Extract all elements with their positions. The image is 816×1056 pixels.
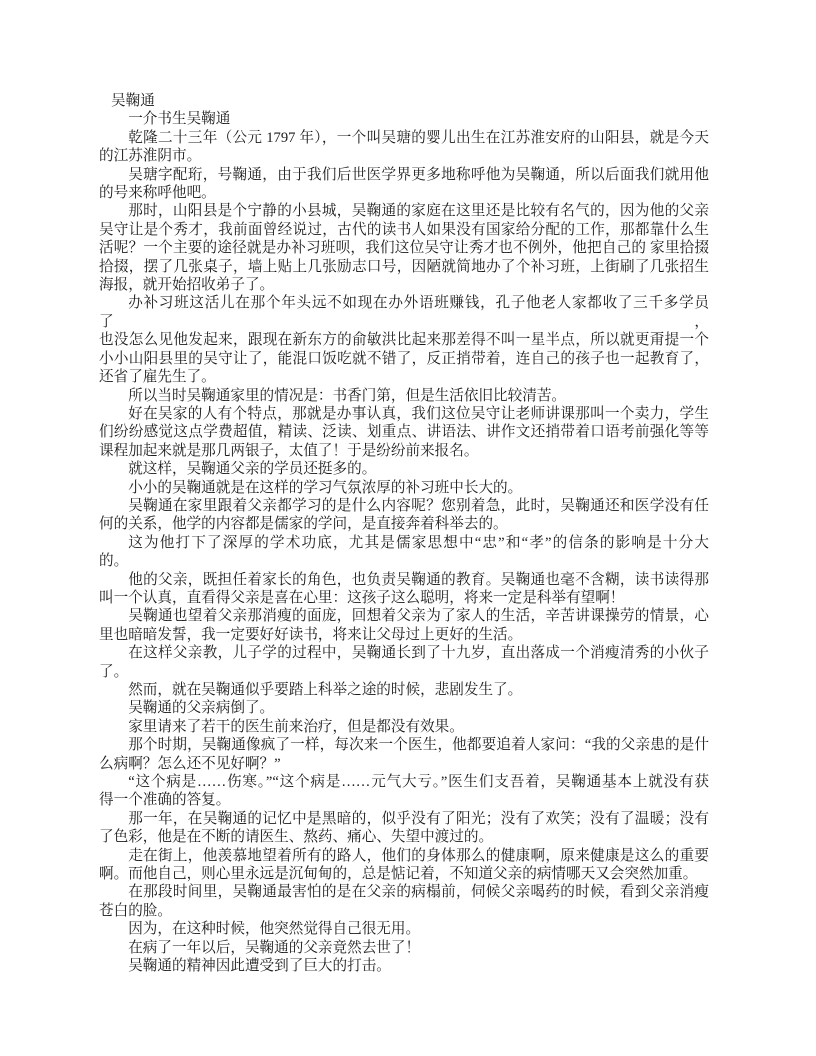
text-line: 吴守让是个秀才，我前面曾经说过，古代的读书人如果没有国家给分配的工作，那都靠什么…	[99, 221, 709, 239]
text-line: 里也暗暗发誓，我一定要好好读书，将来让父母过上更好的生活。	[99, 626, 709, 644]
text-line: 了色彩，他是在不断的请医生、熬药、痛心、失望中渡过的。	[99, 828, 709, 846]
text-line: 在这样父亲教，儿子学的过程中，吴鞠通长到了十九岁，直出落成一个消瘦清秀的小伙子	[99, 644, 709, 662]
text-line: 小小山阳县里的吴守让了，能混口饭吃就不错了，反正捎带着，连自己的孩子也一起教育了…	[99, 350, 709, 368]
paragraph: 吴鞠通在家里跟着父亲都学习的是什么内容呢？您别着急，此时，吴鞠通还和医学没有任何…	[99, 497, 709, 534]
paragraph: 小小的吴鞠通就是在这样的学习气氛浓厚的补习班中长大的。	[99, 479, 709, 497]
text-line: 这为他打下了深厚的学术功底，尤其是儒家思想中“忠”和“孝”的信条的影响是十分大	[99, 534, 709, 552]
paragraph: 吴鞠通的父亲病倒了。	[99, 699, 709, 717]
text-line: 家里请来了若干的医生前来治疗，但是都没有效果。	[99, 718, 709, 736]
paragraph: 那一年，在吴鞠通的记忆中是黑暗的，似乎没有了阳光；没有了欢笑；没有了温暖；没有了…	[99, 810, 709, 847]
text-line: 啊。而他自己，则心里永远是沉甸甸的，总是惦记着，不知道父亲的病情哪天又会突然加重…	[99, 865, 709, 883]
text-line: 海报，就开始招收弟子了。	[99, 276, 709, 294]
paragraph: 然而，就在吴鞠通似乎要踏上科举之途的时候，悲剧发生了。	[99, 681, 709, 699]
text-line: 的。	[99, 552, 709, 570]
paragraph: 这为他打下了深厚的学术功底，尤其是儒家思想中“忠”和“孝”的信条的影响是十分大的…	[99, 534, 709, 571]
text-line: 苍白的脸。	[99, 902, 709, 920]
text-line: “这个病是……伤寒。”“这个病是……元气大亏。”医生们支吾着，吴鞠通基本上就没有…	[99, 773, 709, 791]
text-line: 在病了一年以后，吴鞠通的父亲竟然去世了！	[99, 939, 709, 957]
text-line: 那时，山阳县是个宁静的小县城，吴鞠通的家庭在这里还是比较有名气的，因为他的父亲	[99, 202, 709, 220]
paragraph: 因为，在这种时候，他突然觉得自己很无用。	[99, 920, 709, 938]
text-line: 就这样，吴鞠通父亲的学员还挺多的。	[99, 460, 709, 478]
paragraph: 吴鞠通也望着父亲那消瘦的面庞，回想着父亲为了家人的生活，辛苦讲课操劳的情景，心里…	[99, 607, 709, 644]
text-line: 小小的吴鞠通就是在这样的学习气氛浓厚的补习班中长大的。	[99, 479, 709, 497]
text-line: 乾隆二十三年（公元 1797 年），一个叫吴瑭的婴儿出生在江苏淮安府的山阳县，就…	[99, 129, 709, 147]
paragraph: 那时，山阳县是个宁静的小县城，吴鞠通的家庭在这里还是比较有名气的，因为他的父亲吴…	[99, 202, 709, 294]
text-line: 们纷纷感觉这点学费超值，精读、泛读、划重点、讲语法、讲作文还捎带着口语考前强化等…	[99, 423, 709, 441]
text-line: 因为，在这种时候，他突然觉得自己很无用。	[99, 920, 709, 938]
paragraph: 吴鞠通的精神因此遭受到了巨大的打击。	[99, 957, 709, 975]
text-line: 了。	[99, 663, 709, 681]
paragraph: 在那段时间里，吴鞠通最害怕的是在父亲的病榻前，伺候父亲喝药的时候，看到父亲消瘦苍…	[99, 883, 709, 920]
text-line: 一介书生吴鞠通	[99, 110, 709, 128]
doc-subtitle: 一介书生吴鞠通	[99, 110, 709, 128]
paragraph: 办补习班这活儿在那个年头远不如现在办外语班赚钱，孔子他老人家都收了三千多学员了，…	[99, 294, 709, 386]
text-line: 也没怎么见他发起来，跟现在新东方的俞敏洪比起来那差得不叫一星半点，所以就更甭提一…	[99, 331, 709, 349]
document-body: 吴鞠通一介书生吴鞠通乾隆二十三年（公元 1797 年），一个叫吴瑭的婴儿出生在江…	[99, 92, 709, 976]
text-line: 吴鞠通	[99, 92, 709, 110]
text-line: 走在街上，他羡慕地望着所有的路人，他们的身体那么的健康啊，原来健康是这么的重要	[99, 847, 709, 865]
text-line: 他的父亲，既担任着家长的角色，也负责吴鞠通的教育。吴鞠通也毫不含糊，读书读得那	[99, 571, 709, 589]
paragraph: 在这样父亲教，儿子学的过程中，吴鞠通长到了十九岁，直出落成一个消瘦清秀的小伙子了…	[99, 644, 709, 681]
text-line: 所以当时吴鞠通家里的情况是：书香门第，但是生活依旧比较清苦。	[99, 387, 709, 405]
paragraph: “这个病是……伤寒。”“这个病是……元气大亏。”医生们支吾着，吴鞠通基本上就没有…	[99, 773, 709, 810]
paragraph: 在病了一年以后，吴鞠通的父亲竟然去世了！	[99, 939, 709, 957]
text-line: 吴鞠通在家里跟着父亲都学习的是什么内容呢？您别着急，此时，吴鞠通还和医学没有任	[99, 497, 709, 515]
text-line: 那一年，在吴鞠通的记忆中是黑暗的，似乎没有了阳光；没有了欢笑；没有了温暖；没有	[99, 810, 709, 828]
paragraph: 那个时期，吴鞠通像疯了一样，每次来一个医生，他都要追着人家问：“我的父亲患的是什…	[99, 736, 709, 773]
text-line: 还省了雇先生了。	[99, 368, 709, 386]
text-line: 好在吴家的人有个特点，那就是办事认真，我们这位吴守让老师讲课那叫一个卖力，学生	[99, 405, 709, 423]
paragraph: 家里请来了若干的医生前来治疗，但是都没有效果。	[99, 718, 709, 736]
paragraph: 就这样，吴鞠通父亲的学员还挺多的。	[99, 460, 709, 478]
paragraph: 走在街上，他羡慕地望着所有的路人，他们的身体那么的健康啊，原来健康是这么的重要啊…	[99, 847, 709, 884]
text-line: 何的关系，他学的内容都是儒家的学问，是直接奔着科举去的。	[99, 515, 709, 533]
document-page: 吴鞠通一介书生吴鞠通乾隆二十三年（公元 1797 年），一个叫吴瑭的婴儿出生在江…	[0, 0, 816, 1056]
text-line: 吴鞠通的父亲病倒了。	[99, 699, 709, 717]
text-line: 活呢？一个主要的途径就是办补习班呗，我们这位吴守让秀才也不例外，他把自己的 家里…	[99, 239, 709, 257]
text-line: 叫一个认真，直看得父亲是喜在心里：这孩子这么聪明，将来一定是科举有望啊！	[99, 589, 709, 607]
text-line: 那个时期，吴鞠通像疯了一样，每次来一个医生，他都要追着人家问：“我的父亲患的是什	[99, 736, 709, 754]
paragraph: 他的父亲，既担任着家长的角色，也负责吴鞠通的教育。吴鞠通也毫不含糊，读书读得那叫…	[99, 571, 709, 608]
paragraph: 乾隆二十三年（公元 1797 年），一个叫吴瑭的婴儿出生在江苏淮安府的山阳县，就…	[99, 129, 709, 166]
text-line: 吴瑭字配珩，号鞠通，由于我们后世医学界更多地称呼他为吴鞠通，所以后面我们就用他	[99, 166, 709, 184]
text-line: 得一个准确的答复。	[99, 791, 709, 809]
text-line: 办补习班这活儿在那个年头远不如现在办外语班赚钱，孔子他老人家都收了三千多学员了，	[99, 294, 709, 331]
text-line: 吴鞠通的精神因此遭受到了巨大的打击。	[99, 957, 709, 975]
paragraph: 好在吴家的人有个特点，那就是办事认真，我们这位吴守让老师讲课那叫一个卖力，学生们…	[99, 405, 709, 460]
text-line: 然而，就在吴鞠通似乎要踏上科举之途的时候，悲剧发生了。	[99, 681, 709, 699]
paragraph: 所以当时吴鞠通家里的情况是：书香门第，但是生活依旧比较清苦。	[99, 387, 709, 405]
text-line: 么病啊？怎么还不见好啊？”	[99, 755, 709, 773]
text-line: 的江苏淮阴市。	[99, 147, 709, 165]
doc-title: 吴鞠通	[99, 92, 709, 110]
text-line: 在那段时间里，吴鞠通最害怕的是在父亲的病榻前，伺候父亲喝药的时候，看到父亲消瘦	[99, 883, 709, 901]
text-line: 的号来称呼他吧。	[99, 184, 709, 202]
text-line: 课程加起来就是那几两银子，太值了！于是纷纷前来报名。	[99, 442, 709, 460]
paragraph: 吴瑭字配珩，号鞠通，由于我们后世医学界更多地称呼他为吴鞠通，所以后面我们就用他的…	[99, 166, 709, 203]
text-line: 吴鞠通也望着父亲那消瘦的面庞，回想着父亲为了家人的生活，辛苦讲课操劳的情景，心	[99, 607, 709, 625]
text-line: 拾掇，摆了几张桌子，墙上贴上几张励志口号，因陋就简地办了个补习班，上街刷了几张招…	[99, 258, 709, 276]
